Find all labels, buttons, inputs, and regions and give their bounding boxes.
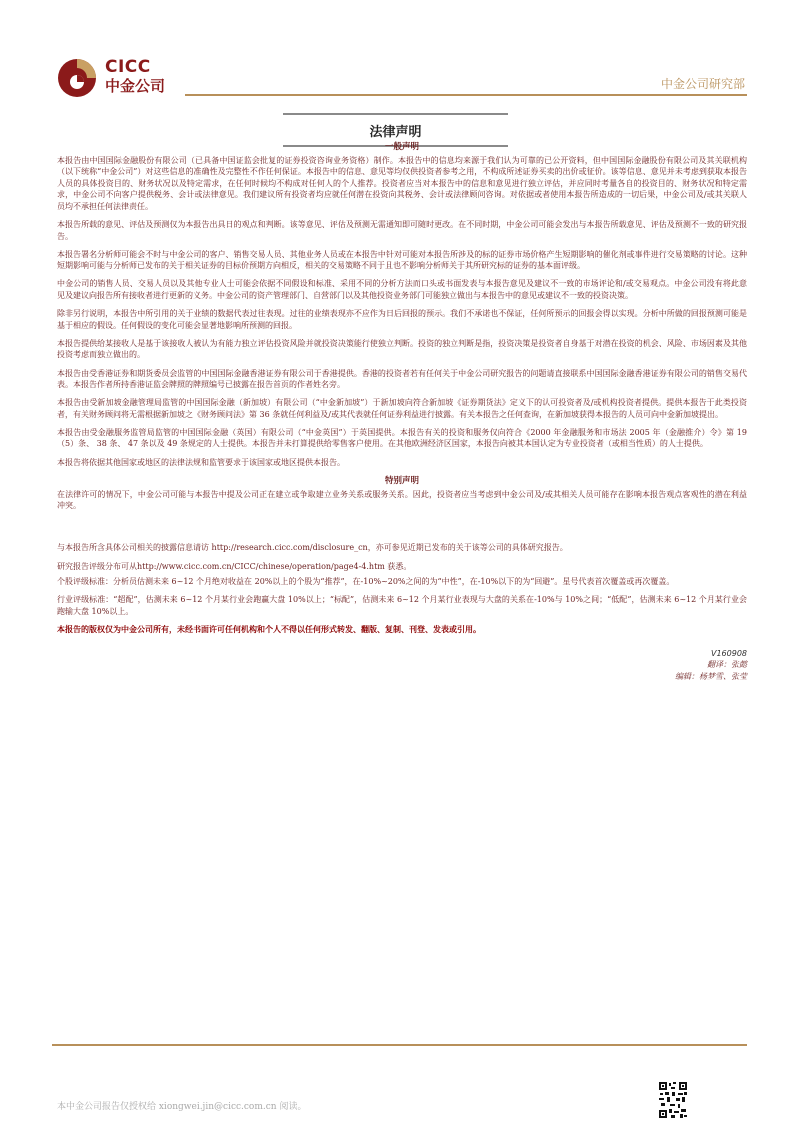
version-code: V160908: [57, 648, 747, 660]
special-paragraph: 在法律许可的情况下，中金公司可能与本报告中提及公司正在建立或争取建立业务关系或服…: [57, 489, 747, 512]
translator-credit: 翻译：张懿: [57, 659, 747, 671]
general-paragraph: 本报告由受香港证券和期货委员会监管的中国国际金融香港证券有限公司于香港提供。香港…: [57, 368, 747, 391]
general-paragraph: 本报告由受新加坡金融管理局监管的中国国际金融（新加坡）有限公司（“中金新加坡”）…: [57, 397, 747, 420]
logo-wordmark: CICC 中金公司: [105, 59, 165, 94]
logo-cn: 中金公司: [105, 79, 165, 94]
general-paragraph: 本报告由中国国际金融股份有限公司（已具备中国证监会批复的证券投资咨询业务资格）制…: [57, 155, 747, 213]
editor-credit: 编辑：杨梦雪、张莹: [57, 671, 747, 683]
general-paragraph: 本报告署名分析师可能会不时与中金公司的客户、销售交易人员、其他业务人员或在本报告…: [57, 249, 747, 272]
page-header: CICC 中金公司 中金公司研究部: [57, 58, 747, 98]
qr-code-icon: [658, 1081, 688, 1119]
general-paragraph: 本报告将依据其他国家或地区的法律法规和监管要求于该国家或地区提供本报告。: [57, 457, 747, 469]
general-paragraph: 本报告由受金融服务监管局监管的中国国际金融（英国）有限公司（“中金英国”）于英国…: [57, 427, 747, 450]
general-paragraph: 本报告所载的意见、评估及预测仅为本报告出具日的观点和判断。该等意见、评估及预测无…: [57, 219, 747, 242]
general-paragraph: 本报告提供给某接收人是基于该接收人被认为有能力独立评估投资风险并就投资决策能行使…: [57, 338, 747, 361]
industry-rating-standard: 行业评级标准：“超配”，估测未来 6~12 个月某行业会跑赢大盘 10%以上；“…: [57, 594, 747, 617]
department-label: 中金公司研究部: [661, 75, 745, 92]
general-heading: 一般声明: [57, 142, 747, 154]
copyright-notice: 本报告的版权仅为中金公司所有，未经书面许可任何机构和个人不得以任何形式转发、翻版…: [57, 624, 747, 636]
signoff-block: V160908 翻译：张懿 编辑：杨梦雪、张莹: [57, 648, 747, 683]
license-note: 本中金公司报告仅授权给 xiongwei.jin@cicc.com.cn 阅读。: [57, 1099, 306, 1112]
general-paragraph: 除非另行说明，本报告中所引用的关于业绩的数据代表过往表现。过往的业绩表现亦不应作…: [57, 308, 747, 331]
header-divider: [185, 94, 747, 96]
stock-rating-standard: 个股评级标准：分析员估测未来 6~12 个月绝对收益在 20%以上的个股为“推荐…: [57, 576, 747, 588]
page-title: 法律声明: [283, 115, 508, 145]
company-disclosure-note: 与本报告所含具体公司相关的披露信息请访 http://research.cicc…: [57, 542, 747, 554]
logo-en: CICC: [105, 59, 165, 76]
footer-divider: [52, 1044, 747, 1046]
rating-distribution-note: 研究报告评级分布可从http://www.cicc.com.cn/CICC/ch…: [57, 561, 747, 573]
special-heading: 特别声明: [57, 476, 747, 488]
general-paragraph: 中金公司的销售人员、交易人员以及其他专业人士可能会依据不同假设和标准、采用不同的…: [57, 278, 747, 301]
cicc-logo-icon: [57, 58, 97, 98]
document-body: 一般声明 本报告由中国国际金融股份有限公司（已具备中国证监会批复的证券投资咨询业…: [57, 142, 747, 682]
